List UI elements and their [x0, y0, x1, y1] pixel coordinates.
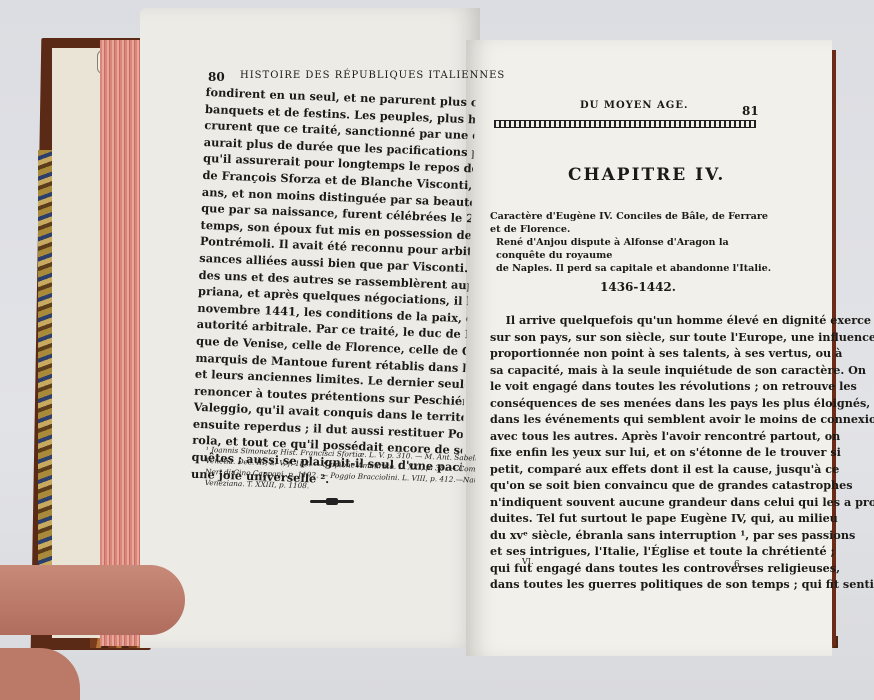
text-line: qui fut engagé dans toutes les controver…: [490, 560, 790, 577]
text-line: proportionnée non point à ses talents, à…: [490, 345, 790, 362]
text-line: et ses intrigues, l'Italie, l'Église et …: [490, 543, 790, 560]
text-line: Il arrive quelquefois qu'un homme élevé …: [490, 312, 790, 329]
hand-finger: [0, 565, 185, 635]
text-line: petit, comparé aux effets dont il est la…: [490, 461, 790, 478]
text-line: sur son pays, sur son siècle, sur toute …: [490, 329, 790, 346]
right-running-header: DU MOYEN AGE.: [580, 100, 688, 111]
text-line: avec tous les autres. Après l'avoir renc…: [490, 428, 790, 445]
text-line: le voit engagé dans toutes les révolutio…: [490, 378, 790, 395]
signature-mark: VI.: [522, 557, 533, 566]
text-line: dans toutes les guerres politiques de so…: [490, 576, 790, 593]
decorative-rule: [494, 120, 756, 128]
left-page-body: fondirent en un seul, et ne parurent plu…: [191, 84, 476, 492]
text-line: fixe enfin les yeux sur lui, et on s'éto…: [490, 444, 790, 461]
summary-line: René d'Anjou dispute à Alfonse d'Aragon …: [490, 236, 780, 262]
summary-line: Caractère d'Eugène IV. Conciles de Bâle,…: [490, 210, 780, 236]
signature-number: 6: [734, 560, 740, 570]
text-line: qu'on se soit bien convaincu que de gran…: [490, 477, 790, 494]
summary-line: de Naples. Il perd sa capitale et abando…: [490, 262, 780, 275]
chapter-summary: Caractère d'Eugène IV. Conciles de Bâle,…: [490, 210, 780, 275]
hand-thumb: [0, 648, 80, 700]
chapter-title: CHAPITRE IV.: [568, 165, 725, 185]
text-line: du xvᵉ siècle, ébranla sans interruption…: [490, 527, 790, 544]
text-line: n'indiquent souvent aucune grandeur dans…: [490, 494, 790, 511]
end-of-chapter-ornament: [310, 500, 354, 503]
chapter-dates: 1436-1442.: [600, 280, 676, 294]
left-page-number: 80: [208, 70, 225, 84]
text-line: sa capacité, mais à la seule inquiétude …: [490, 362, 790, 379]
text-line: conséquences de ses menées dans les pays…: [490, 395, 790, 412]
text-line: duites. Tel fut surtout le pape Eugène I…: [490, 510, 790, 527]
text-line: dans les événements qui semblent avoir l…: [490, 411, 790, 428]
right-page-number: 81: [742, 104, 759, 118]
right-page-body: Il arrive quelquefois qu'un homme élevé …: [490, 312, 790, 593]
left-page-footnotes: ¹ Joannis Simonetæ Hist. Francisci Sfort…: [205, 444, 476, 496]
left-running-header: HISTOIRE DES RÉPUBLIQUES ITALIENNES: [240, 70, 505, 81]
